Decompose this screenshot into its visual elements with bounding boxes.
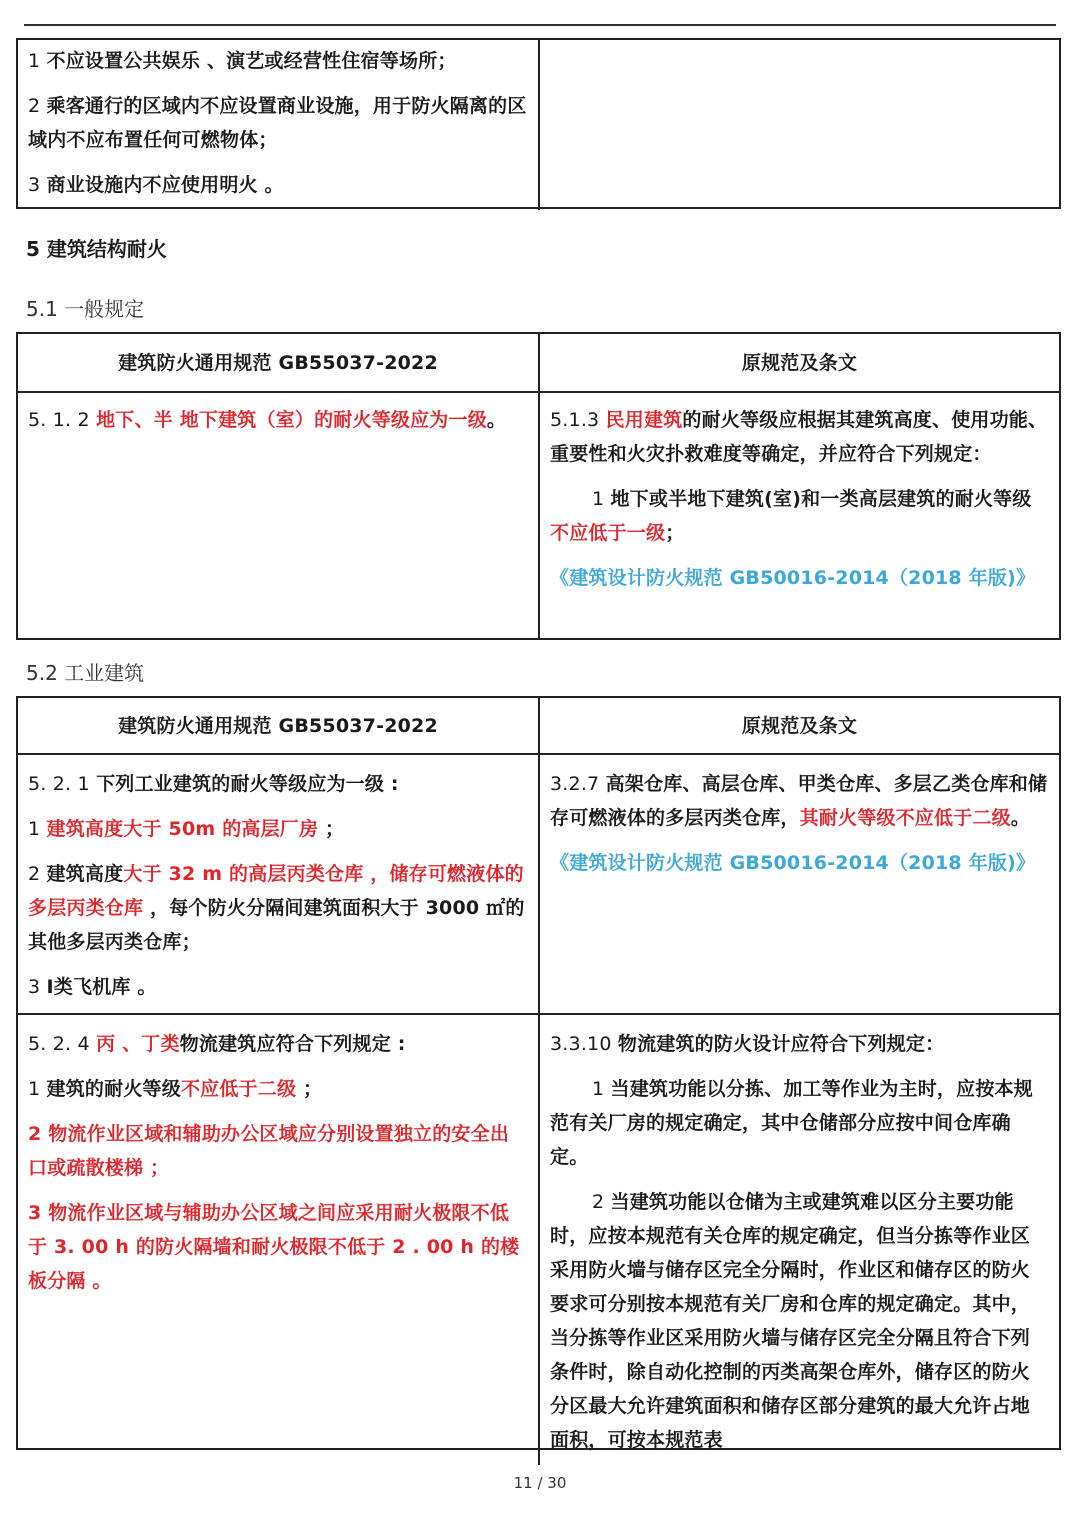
clause-5-1-2: 5. 1. 2 地下、半 地下建筑（室）的耐火等级应为一级。 bbox=[28, 403, 528, 437]
clause-3-2-7-cell: 3.2.7 高架仓库、高层仓库、甲类仓库、多层乙类仓库和储存可燃液体的多层丙类仓… bbox=[540, 755, 1059, 1015]
section-5-1-heading: 5.1 一般规定 bbox=[26, 293, 144, 322]
table-header-original-code: 原规范及条文 bbox=[540, 698, 1059, 755]
list-item: 1 建筑高度大于 50m 的高层厂房 ； bbox=[28, 812, 528, 846]
clause-3-2-7: 3.2.7 高架仓库、高层仓库、甲类仓库、多层乙类仓库和储存可燃液体的多层丙类仓… bbox=[550, 767, 1049, 835]
list-item: 1 建筑的耐火等级不应低于二级 ； bbox=[28, 1072, 528, 1106]
list-item: 2 物流作业区域和辅助办公区域应分别设置独立的安全出口或疏散楼梯 ； bbox=[28, 1117, 528, 1185]
list-item: 2 乘客通行的区域内不应设置商业设施，用于防火隔离的区域内不应布置任何可燃物体； bbox=[28, 89, 528, 157]
table-header-new-code: 建筑防火通用规范 GB55037-2022 bbox=[18, 334, 540, 393]
list-item: 3 Ⅰ类飞机库 。 bbox=[28, 970, 528, 1004]
list-item: 3 商业设施内不应使用明火 。 bbox=[28, 168, 528, 202]
continued-table: 1 不应设置公共娱乐 、演艺或经营性住宿等场所； 2 乘客通行的区域内不应设置商… bbox=[16, 38, 1061, 209]
section-5-2-heading: 5.2 工业建筑 bbox=[26, 657, 144, 686]
list-item: 1 地下或半地下建筑(室)和一类高层建筑的耐火等级不应低于一级； bbox=[550, 482, 1049, 550]
table-header-new-code: 建筑防火通用规范 GB55037-2022 bbox=[18, 698, 540, 755]
list-item: 1 不应设置公共娱乐 、演艺或经营性住宿等场所； bbox=[28, 44, 528, 78]
citation: 《建筑设计防火规范 GB50016-2014（2018 年版)》 bbox=[550, 561, 1049, 595]
clause-3-3-10-cell: 3.3.10 物流建筑的防火设计应符合下列规定： 1 当建筑功能以分拣、加工等作… bbox=[540, 1015, 1059, 1465]
list-item: 2 当建筑功能以仓储为主或建筑难以区分主要功能时，应按本规范有关仓库的规定确定，… bbox=[550, 1185, 1049, 1457]
clause-5-2-1: 5. 2. 1 下列工业建筑的耐火等级应为一级 : bbox=[28, 767, 528, 801]
page-number: 11 / 30 bbox=[0, 1474, 1080, 1492]
clause-5-2-4: 5. 2. 4 丙 、丁类物流建筑应符合下列规定 : bbox=[28, 1027, 528, 1061]
clause-5-1-3-cell: 5.1.3 民用建筑的耐火等级应根据其建筑高度、使用功能、重要性和火灾扑救难度等… bbox=[540, 393, 1059, 638]
page-header-rule bbox=[24, 24, 1056, 26]
citation: 《建筑设计防火规范 GB50016-2014（2018 年版)》 bbox=[550, 846, 1049, 880]
clause-5-1-2-cell: 5. 1. 2 地下、半 地下建筑（室）的耐火等级应为一级。 bbox=[18, 393, 540, 638]
list-item: 2 建筑高度大于 32 m 的高层丙类仓库 ，储存可燃液体的多层丙类仓库 ，每个… bbox=[28, 857, 528, 959]
continued-table-left-cell: 1 不应设置公共娱乐 、演艺或经营性住宿等场所； 2 乘客通行的区域内不应设置商… bbox=[18, 40, 540, 210]
clause-5-2-1-cell: 5. 2. 1 下列工业建筑的耐火等级应为一级 : 1 建筑高度大于 50m 的… bbox=[18, 755, 540, 1015]
list-item: 3 物流作业区域与辅助办公区域之间应采用耐火极限不低于 3. 00 h 的防火隔… bbox=[28, 1196, 528, 1298]
clause-5-2-4-cell: 5. 2. 4 丙 、丁类物流建筑应符合下列规定 : 1 建筑的耐火等级不应低于… bbox=[18, 1015, 540, 1465]
table-5-2: 建筑防火通用规范 GB55037-2022 原规范及条文 5. 2. 1 下列工… bbox=[16, 696, 1061, 1450]
list-item: 1 当建筑功能以分拣、加工等作业为主时，应按本规范有关厂房的规定确定，其中仓储部… bbox=[550, 1072, 1049, 1174]
clause-5-1-3: 5.1.3 民用建筑的耐火等级应根据其建筑高度、使用功能、重要性和火灾扑救难度等… bbox=[550, 403, 1049, 471]
table-5-1: 建筑防火通用规范 GB55037-2022 原规范及条文 5. 1. 2 地下、… bbox=[16, 332, 1061, 640]
continued-table-right-cell bbox=[540, 40, 1059, 210]
section-5-heading: 5 建筑结构耐火 bbox=[26, 233, 167, 262]
table-header-original-code: 原规范及条文 bbox=[540, 334, 1059, 393]
clause-3-3-10: 3.3.10 物流建筑的防火设计应符合下列规定： bbox=[550, 1027, 1049, 1061]
